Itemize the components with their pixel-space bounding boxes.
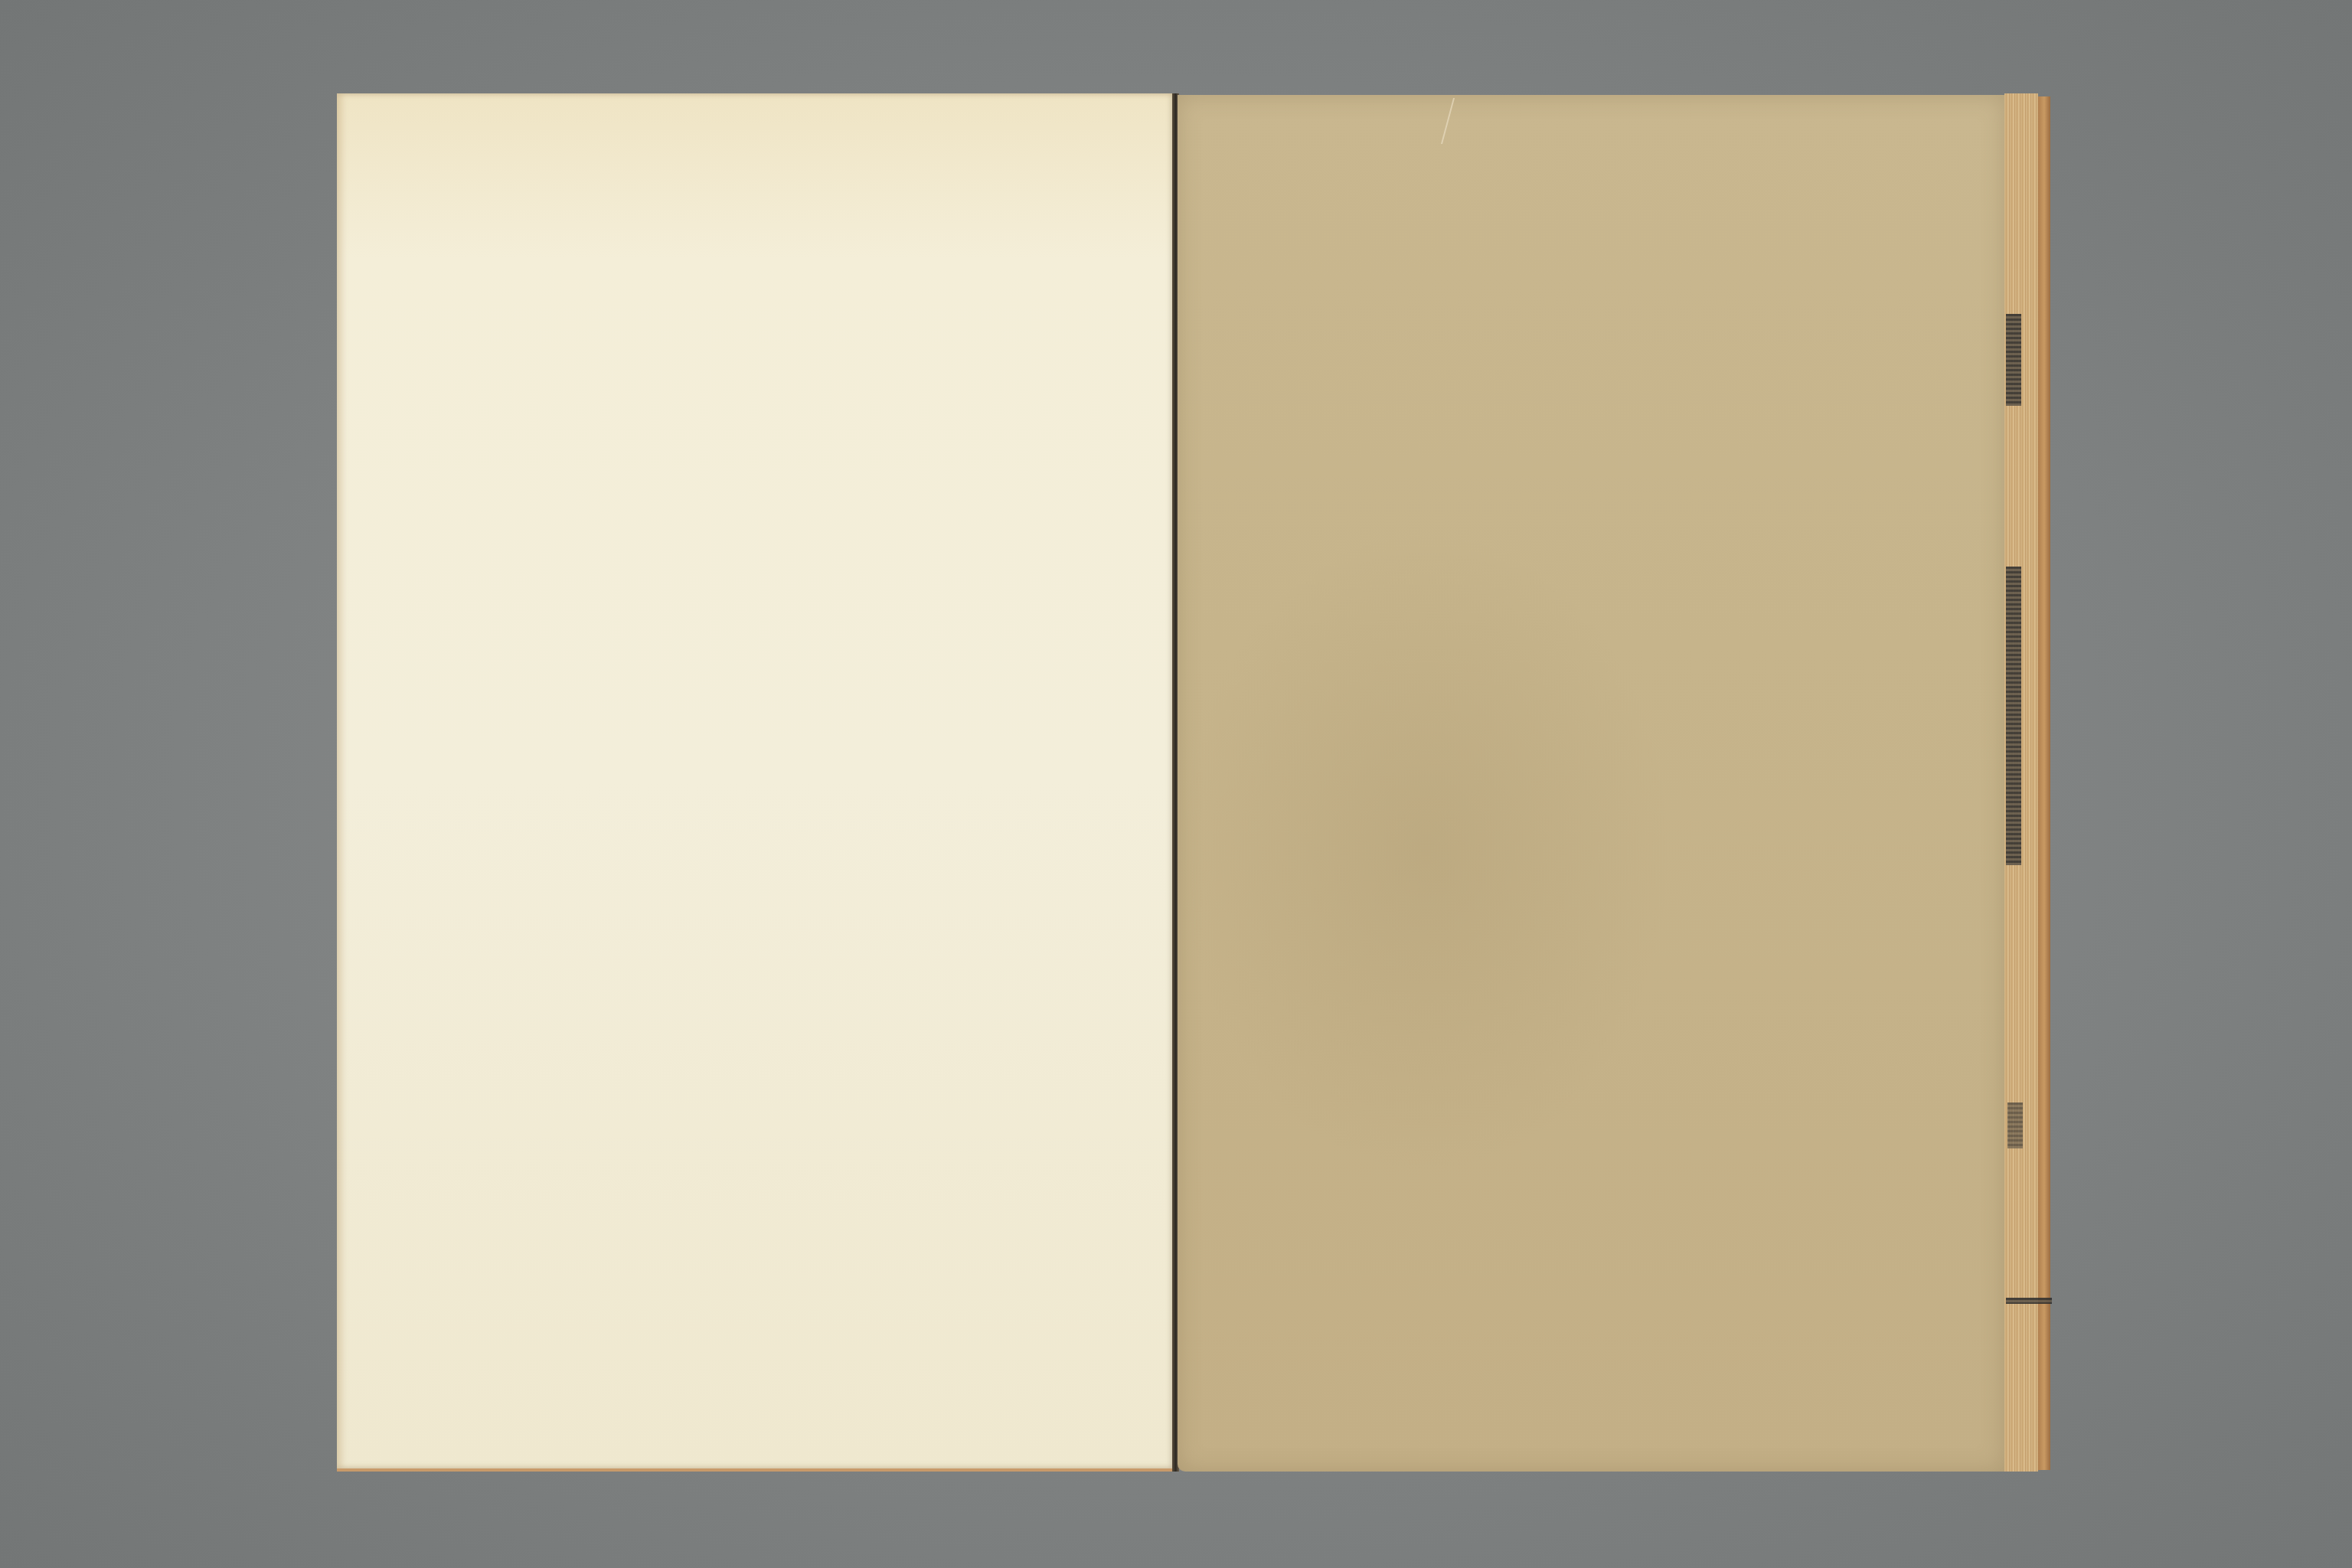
open-book	[0, 0, 2352, 1568]
ink-stain-middle	[2006, 567, 2021, 865]
cover-edge	[2038, 96, 2050, 1470]
ink-stain-top	[2006, 314, 2021, 406]
right-page-blank	[1178, 95, 2004, 1472]
ink-stain-lower	[2007, 1102, 2023, 1148]
ink-stain-bottom	[2006, 1298, 2052, 1304]
left-page-blank	[337, 93, 1174, 1472]
